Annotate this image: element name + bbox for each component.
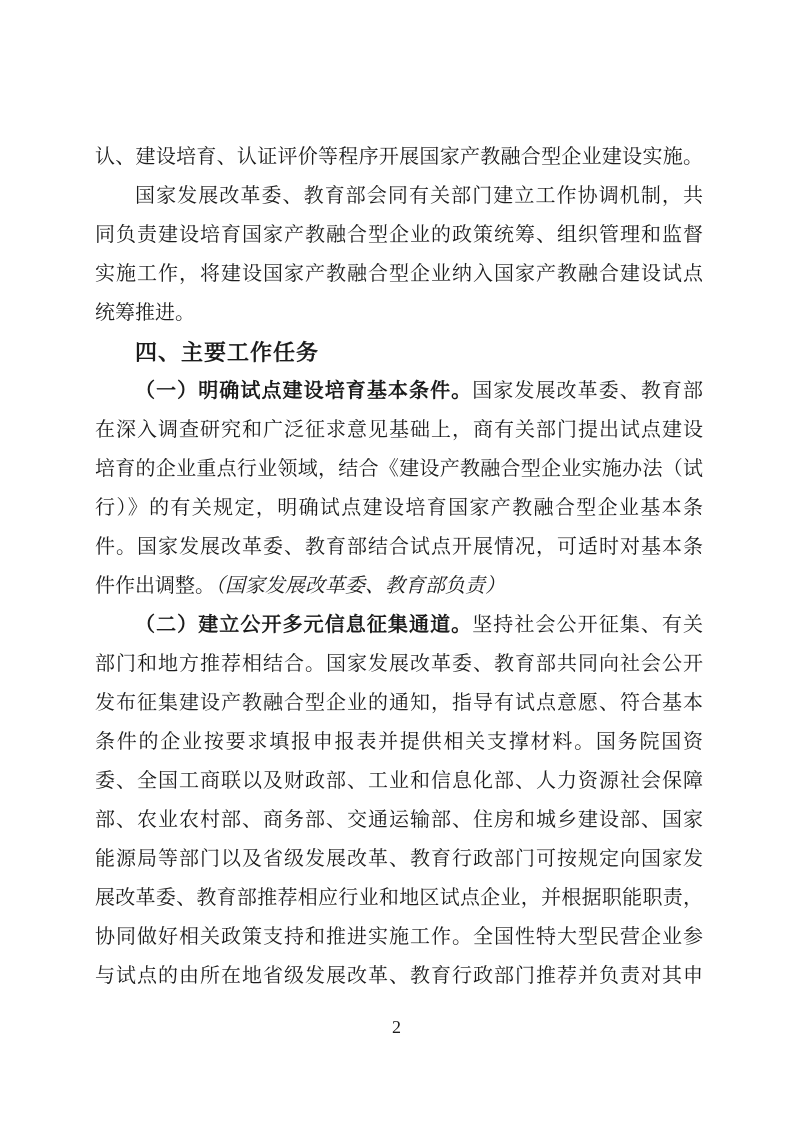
body-line: （一）明确试点建设培育基本条件。国家发展改革委、教育部	[95, 372, 703, 411]
body-line: （二）建立公开多元信息征集通道。坚持社会公开征集、有关	[95, 606, 703, 645]
body-line: 件。国家发展改革委、教育部结合试点开展情况，可适时对基本条	[95, 528, 703, 567]
body-line: 委、全国工商联以及财政部、工业和信息化部、人力资源社会保障	[95, 762, 703, 801]
document-body: 认、建设培育、认证评价等程序开展国家产教融合型企业建设实施。 国家发展改革委、教…	[95, 138, 703, 996]
section-heading: 四、主要工作任务	[95, 333, 703, 372]
body-line: 能源局等部门以及省级发展改革、教育行政部门可按规定向国家发	[95, 840, 703, 879]
page-number: 2	[0, 1014, 793, 1040]
body-text: 坚持社会公开征集、有关	[472, 614, 703, 636]
body-line: 实施工作，将建设国家产教融合型企业纳入国家产教融合建设试点	[95, 255, 703, 294]
item-2-title: （二）建立公开多元信息征集通道。	[135, 614, 472, 636]
body-line: 培育的企业重点行业领域，结合《建设产教融合型企业实施办法（试	[95, 450, 703, 489]
body-line: 件作出调整。（国家发展改革委、教育部负责）	[95, 567, 703, 606]
item-1-title: （一）明确试点建设培育基本条件。	[135, 380, 472, 402]
body-line: 条件的企业按要求填报申报表并提供相关支撑材料。国务院国资	[95, 723, 703, 762]
body-line: 部门和地方推荐相结合。国家发展改革委、教育部共同向社会公开	[95, 645, 703, 684]
body-line: 展改革委、教育部推荐相应行业和地区试点企业，并根据职能职责，	[95, 879, 703, 918]
body-line: 在深入调查研究和广泛征求意见基础上，商有关部门提出试点建设	[95, 411, 703, 450]
body-line: 协同做好相关政策支持和推进实施工作。全国性特大型民营企业参	[95, 918, 703, 957]
body-text: 国家发展改革委、教育部	[472, 380, 703, 402]
body-line: 发布征集建设产教融合型企业的通知，指导有试点意愿、符合基本	[95, 684, 703, 723]
responsibility-note: （国家发展改革委、教育部负责）	[215, 575, 505, 597]
body-line: 同负责建设培育国家产教融合型企业的政策统筹、组织管理和监督	[95, 216, 703, 255]
body-line: 部、农业农村部、商务部、交通运输部、住房和城乡建设部、国家	[95, 801, 703, 840]
body-line: 国家发展改革委、教育部会同有关部门建立工作协调机制，共	[95, 177, 703, 216]
body-line: 统筹推进。	[95, 294, 703, 333]
body-line: 认、建设培育、认证评价等程序开展国家产教融合型企业建设实施。	[95, 138, 703, 177]
body-text: 件作出调整。	[95, 575, 215, 597]
body-line: 行）》的有关规定，明确试点建设培育国家产教融合型企业基本条	[95, 489, 703, 528]
document-page: 认、建设培育、认证评价等程序开展国家产教融合型企业建设实施。 国家发展改革委、教…	[0, 0, 793, 1122]
body-line: 与试点的由所在地省级发展改革、教育行政部门推荐并负责对其申	[95, 957, 703, 996]
